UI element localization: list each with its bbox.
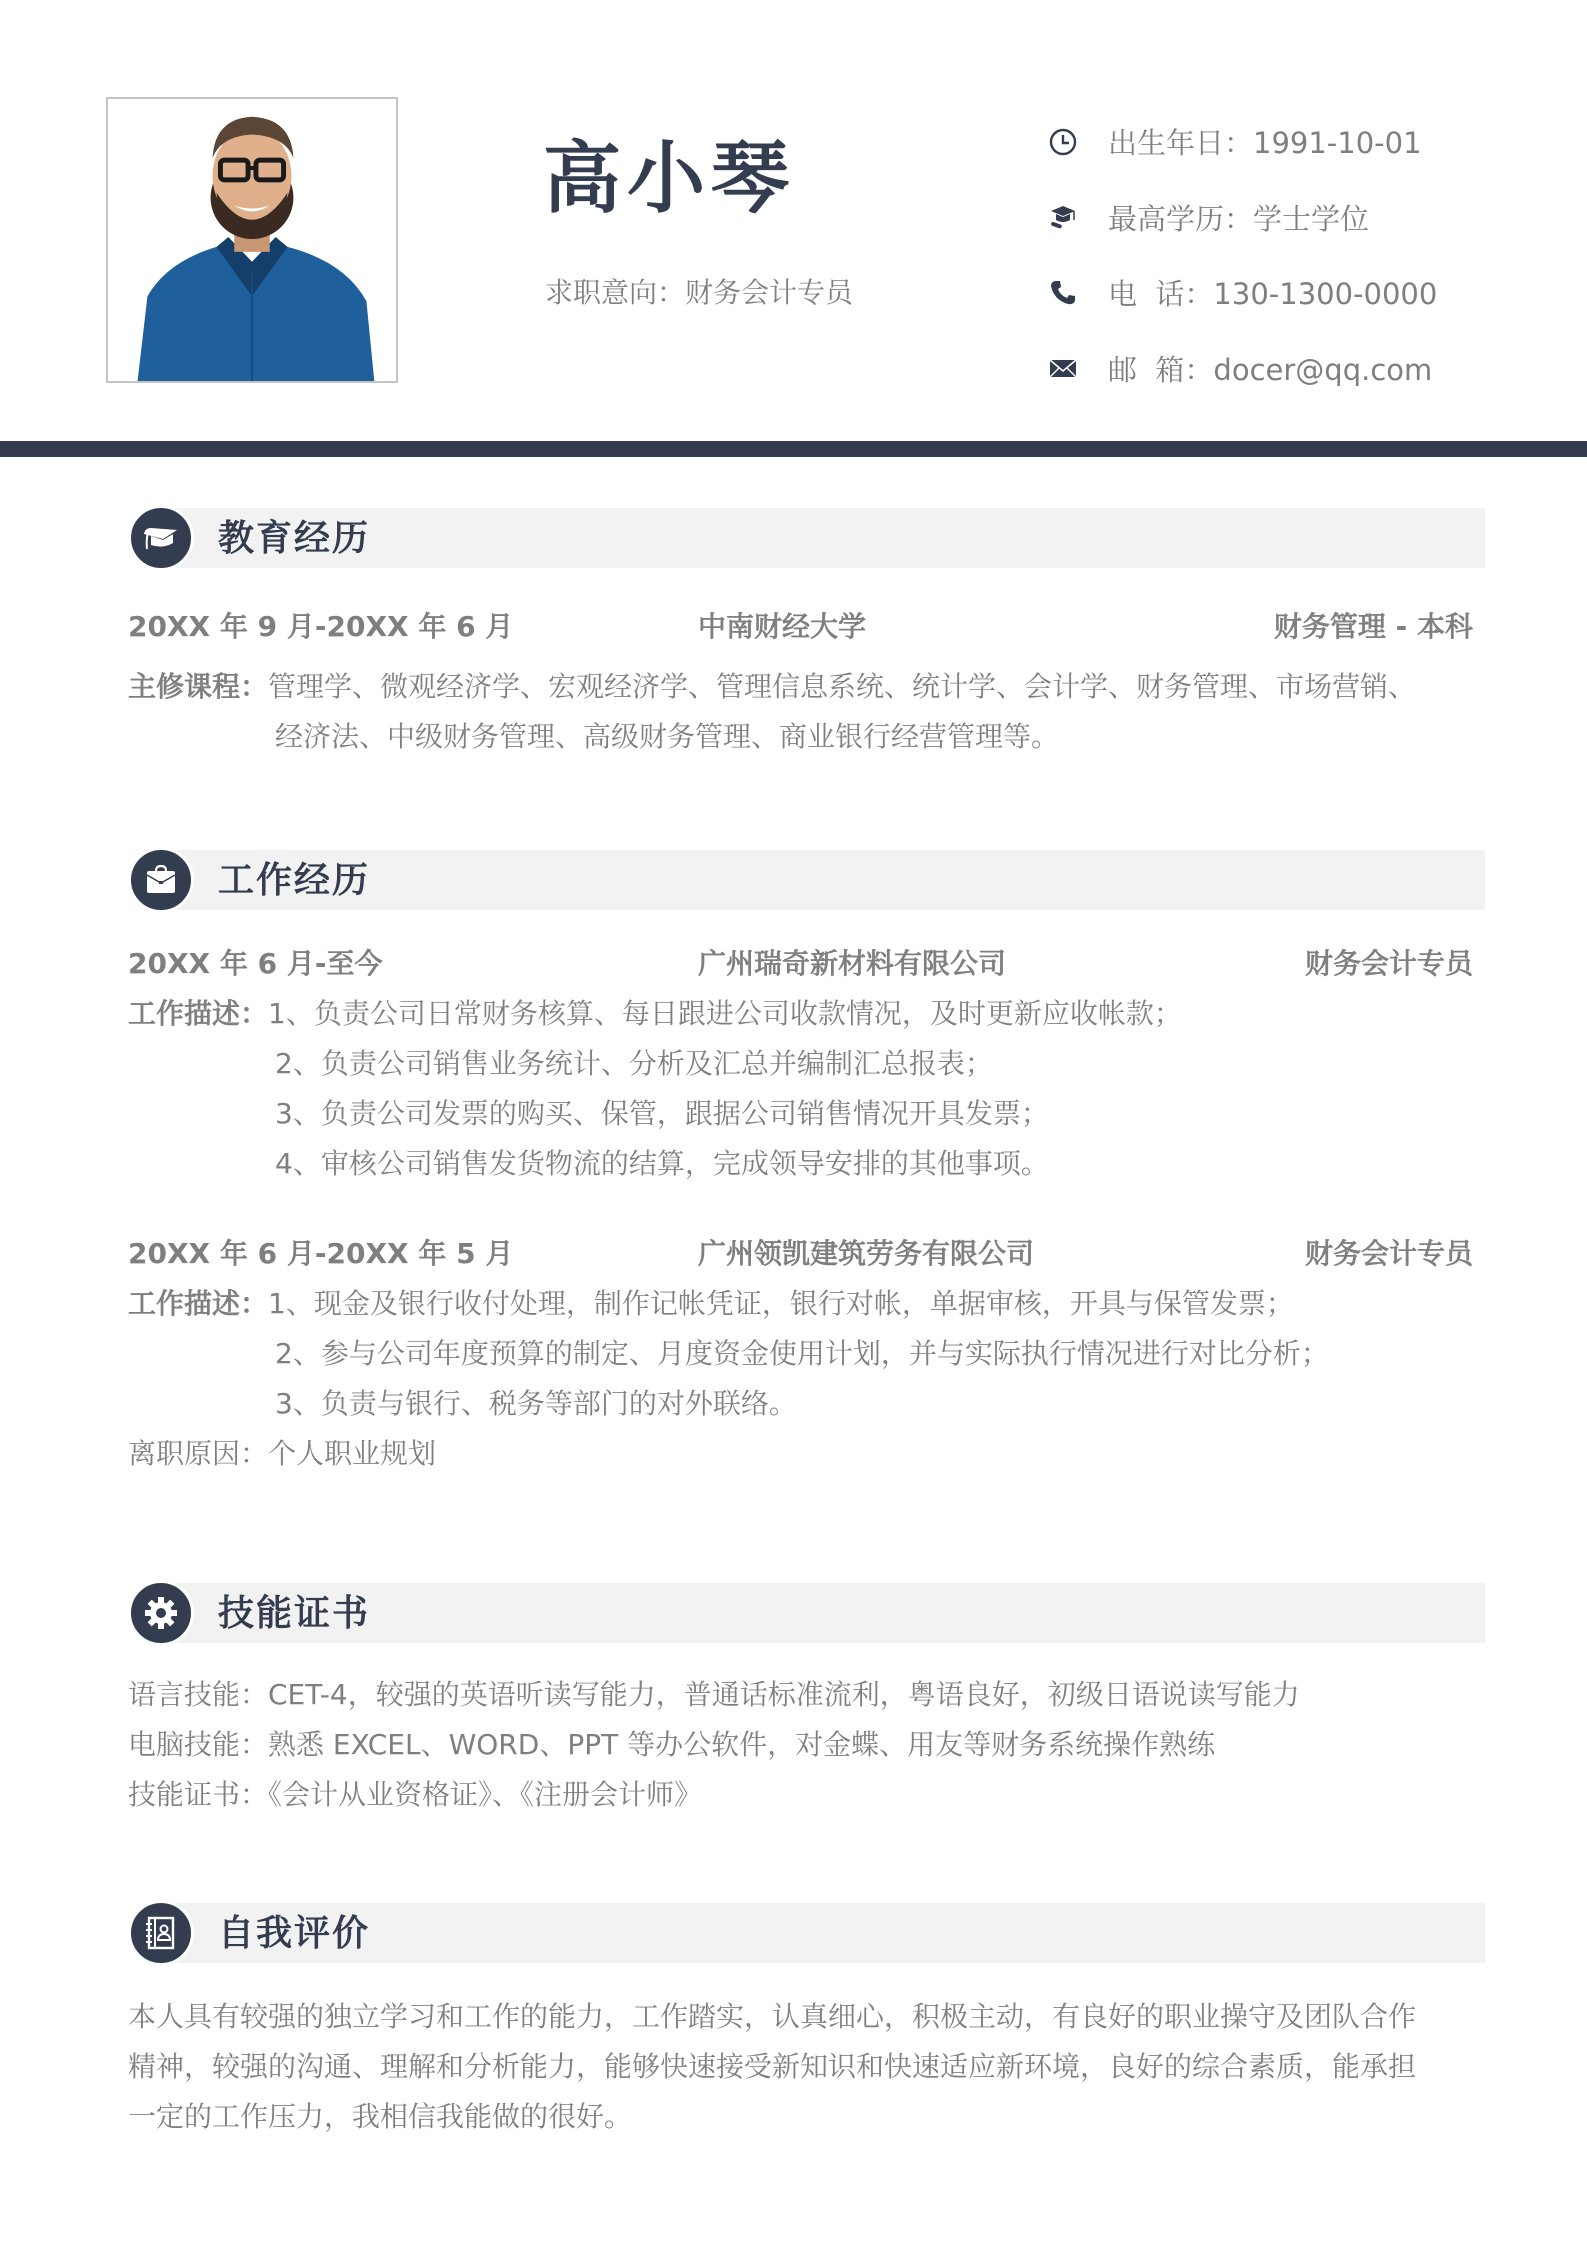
skill-line-computer: 电脑技能：熟悉 EXCEL、WORD、PPT 等办公软件，对金蝶、用友等财务系统… xyxy=(128,1720,1215,1770)
contact-phone: 电 话：130-1300-0000 xyxy=(1046,255,1437,331)
work-desc-item: 3、负责与银行、税务等部门的对外联络。 xyxy=(275,1379,797,1429)
work-desc-item: 1、负责公司日常财务核算、每日跟进公司收款情况，及时更新应收帐款； xyxy=(268,997,1182,1030)
candidate-name: 高小琴 xyxy=(543,140,795,218)
section-title: 自我评价 xyxy=(218,1912,370,1955)
work-period: 20XX 年 6 月-至今 xyxy=(128,944,383,984)
briefcase-icon xyxy=(128,847,194,913)
section-title: 工作经历 xyxy=(218,859,370,902)
skill-line-language: 语言技能：CET-4，较强的英语听读写能力，普通话标准流利，粤语良好，初级日语说… xyxy=(128,1670,1300,1720)
profile-photo xyxy=(106,97,398,383)
education-courses-line-1: 主修课程：管理学、微观经济学、宏观经济学、管理信息系统、统计学、会计学、财务管理… xyxy=(128,662,1416,712)
work-company: 广州瑞奇新材料有限公司 xyxy=(698,944,1006,984)
work-desc-item: 3、负责公司发票的购买、保管，跟据公司销售情况开具发票； xyxy=(275,1089,1049,1139)
education-courses-line-2: 经济法、中级财务管理、高级财务管理、商业银行经营管理等。 xyxy=(275,712,1059,762)
education-major: 财务管理 - 本科 xyxy=(1274,607,1473,647)
contact-birthdate: 出生年日：1991-10-01 xyxy=(1046,104,1437,180)
section-title: 教育经历 xyxy=(218,517,370,560)
phone-icon xyxy=(1046,276,1080,310)
work-position: 财务会计专员 xyxy=(1305,944,1473,984)
contact-phone-text: 电 话：130-1300-0000 xyxy=(1108,272,1437,313)
work-desc-item: 1、现金及银行收付处理，制作记帐凭证，银行对帐，单据审核，开具与保管发票； xyxy=(268,1287,1294,1320)
contact-birthdate-text: 出生年日：1991-10-01 xyxy=(1108,121,1422,162)
section-title: 技能证书 xyxy=(218,1592,370,1635)
clock-icon xyxy=(1046,125,1080,159)
self-eval-line: 一定的工作压力，我相信我能做的很好。 xyxy=(128,2092,632,2142)
education-school: 中南财经大学 xyxy=(698,607,866,647)
section-header-self-evaluation: 自我评价 xyxy=(128,1900,1485,1966)
work-period: 20XX 年 6 月-20XX 年 5 月 xyxy=(128,1234,513,1274)
contact-email-text: 邮 箱：docer@qq.com xyxy=(1108,348,1432,389)
courses-text: 管理学、微观经济学、宏观经济学、管理信息系统、统计学、会计学、财务管理、市场营销… xyxy=(268,670,1416,703)
contact-education-text: 最高学历：学士学位 xyxy=(1108,197,1369,238)
envelope-icon xyxy=(1046,351,1080,385)
contact-info: 出生年日：1991-10-01 最高学历：学士学位 电 话：130-1300-0… xyxy=(1046,104,1437,406)
work-position: 财务会计专员 xyxy=(1305,1234,1473,1274)
job-intent: 求职意向：财务会计专员 xyxy=(545,276,853,310)
work-desc-item: 2、负责公司销售业务统计、分析及汇总并编制汇总报表； xyxy=(275,1039,993,1089)
person-photo-illustration xyxy=(108,99,396,381)
work-entry-header: 20XX 年 6 月-至今 广州瑞奇新材料有限公司 财务会计专员 xyxy=(128,944,1473,984)
graduation-cap-icon xyxy=(128,505,194,571)
section-header-skills: 技能证书 xyxy=(128,1580,1485,1646)
work-desc-item: 2、参与公司年度预算的制定、月度资金使用计划，并与实际执行情况进行对比分析； xyxy=(275,1329,1329,1379)
work-desc-line: 工作描述：1、现金及银行收付处理，制作记帐凭证，银行对帐，单据审核，开具与保管发… xyxy=(128,1279,1294,1329)
work-leave-reason: 离职原因：个人职业规划 xyxy=(128,1429,436,1479)
work-desc-label: 工作描述： xyxy=(128,1287,268,1320)
contact-education: 最高学历：学士学位 xyxy=(1046,180,1437,256)
education-entry-header: 20XX 年 9 月-20XX 年 6 月 中南财经大学 财务管理 - 本科 xyxy=(128,607,1473,647)
work-entry-header: 20XX 年 6 月-20XX 年 5 月 广州领凯建筑劳务有限公司 财务会计专… xyxy=(128,1234,1473,1274)
courses-label: 主修课程： xyxy=(128,670,268,703)
work-desc-item: 4、审核公司销售发货物流的结算，完成领导安排的其他事项。 xyxy=(275,1139,1049,1189)
section-header-education: 教育经历 xyxy=(128,505,1485,571)
work-desc-label: 工作描述： xyxy=(128,997,268,1030)
header-divider-band xyxy=(0,441,1587,457)
section-header-work: 工作经历 xyxy=(128,847,1485,913)
contact-email: 邮 箱：docer@qq.com xyxy=(1046,331,1437,407)
self-eval-line: 本人具有较强的独立学习和工作的能力，工作踏实，认真细心，积极主动，有良好的职业操… xyxy=(128,1992,1416,2042)
skill-line-certificates: 技能证书：《会计从业资格证》、《注册会计师》 xyxy=(128,1770,702,1820)
education-period: 20XX 年 9 月-20XX 年 6 月 xyxy=(128,607,513,647)
self-eval-line: 精神，较强的沟通、理解和分析能力，能够快速接受新知识和快速适应新环境，良好的综合… xyxy=(128,2042,1416,2092)
gear-icon xyxy=(128,1580,194,1646)
work-company: 广州领凯建筑劳务有限公司 xyxy=(698,1234,1034,1274)
contact-book-icon xyxy=(128,1900,194,1966)
work-desc-line: 工作描述：1、负责公司日常财务核算、每日跟进公司收款情况，及时更新应收帐款； xyxy=(128,989,1182,1039)
graduation-cap-icon xyxy=(1046,200,1080,234)
